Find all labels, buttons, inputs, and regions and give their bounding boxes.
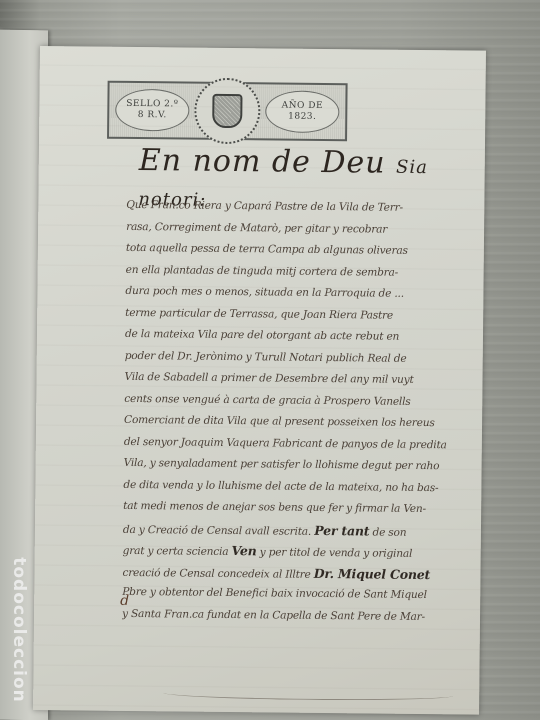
coat-of-arms-icon <box>212 94 242 128</box>
text-line: y Santa Fran.ca fundat en la Capella de … <box>122 603 468 628</box>
handwritten-body: Que Fran.co Riera y Capará Pastre de la … <box>122 195 472 629</box>
closing-flourish <box>163 687 453 701</box>
emphasis-name: Dr. Miquel Conet <box>314 565 431 581</box>
stamp-left-cartouche: SELLO 2.º 8 R.V. <box>115 89 189 132</box>
emphasis-ven: Ven <box>231 543 256 558</box>
royal-crest-seal <box>194 78 261 145</box>
emphasis-per-tant: Per tant <box>314 522 369 538</box>
stamp-year: 1823. <box>288 112 316 123</box>
stamp-seal-price: 8 R.V. <box>138 110 167 121</box>
text-fragment: grat y certa sciencia <box>123 545 229 558</box>
stamp-year-label: AÑO DE <box>282 101 324 112</box>
margin-annotation: d <box>120 593 129 609</box>
tax-stamp: SELLO 2.º 8 R.V. AÑO DE 1823. <box>107 81 348 142</box>
watermark-text: todocoleccion <box>9 557 29 703</box>
text-fragment: de son <box>372 526 406 538</box>
stamp-seal-value: SELLO 2.º <box>126 99 178 111</box>
text-fragment: creació de Censal concedeix al Illtre <box>122 566 310 580</box>
text-fragment: y per titol de venda y original <box>260 546 413 560</box>
watermark: todocoleccion <box>6 545 32 715</box>
heading-main: En nom de Deu <box>139 143 386 181</box>
stamp-right-cartouche: AÑO DE 1823. <box>265 90 339 133</box>
text-fragment: da y Creació de Censal avall escrita. <box>123 523 311 537</box>
document-page: SELLO 2.º 8 R.V. AÑO DE 1823. En nom de … <box>33 46 486 715</box>
